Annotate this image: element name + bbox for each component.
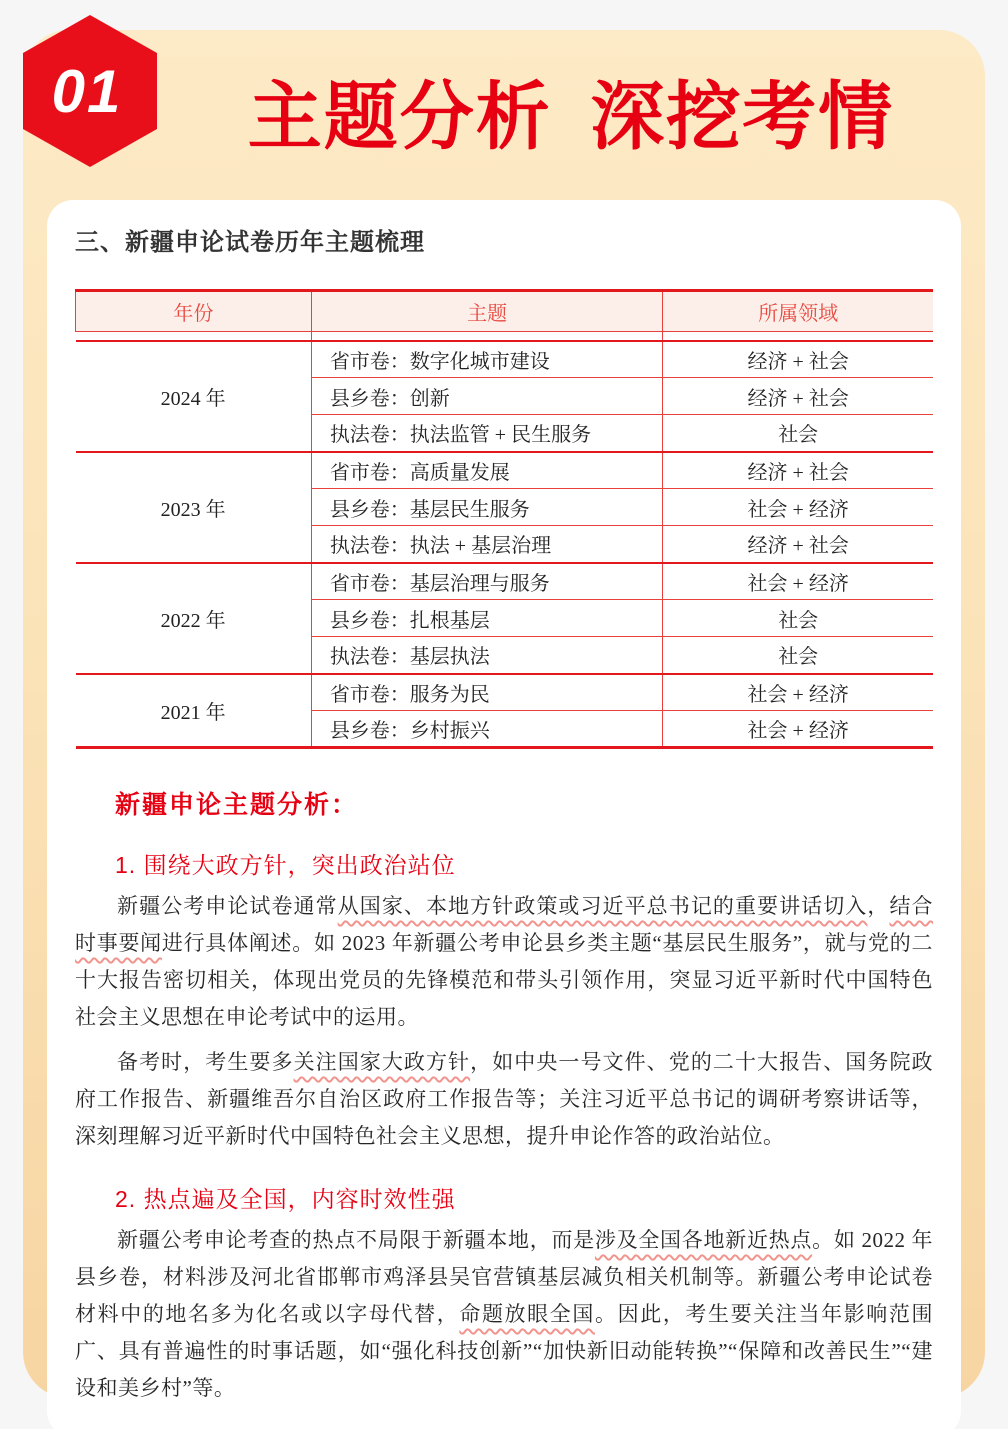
year-cell: 2023 年 [76,452,312,563]
body-paragraph: 新疆公考申论试卷通常从国家、本地方针政策或习近平总书记的重要讲话切入，结合时事要… [75,888,933,1036]
content-card: 三、新疆申论试卷历年主题梳理 年份主题所属领域 2024 年省市卷：数字化城市建… [47,200,961,1429]
content-panel: 01 主题分析 深挖考情 三、新疆申论试卷历年主题梳理 年份主题所属领域 202… [23,30,985,1398]
field-cell: 经济 + 社会 [663,526,933,563]
section-title: 三、新疆申论试卷历年主题梳理 [75,222,933,257]
theme-cell: 执法卷：基层执法 [311,637,663,674]
theme-cell: 执法卷：执法监管 + 民生服务 [311,415,663,452]
table-body: 2024 年省市卷：数字化城市建设经济 + 社会县乡卷：创新经济 + 社会执法卷… [76,332,934,748]
field-cell: 经济 + 社会 [663,341,933,378]
wavy-underlined-text: 涉及全国各地新近热点 [595,1228,812,1252]
wavy-underlined-text: 关注国家大政方针 [294,1050,471,1074]
field-cell: 社会 [663,415,933,452]
gap-cell [663,332,933,341]
point-heading: 2. 热点遍及全国，内容时效性强 [115,1181,933,1214]
gap-cell [311,332,663,341]
table-header-row: 年份主题所属领域 [76,291,934,332]
wavy-underlined-text: 命题放眼全国 [459,1302,595,1326]
theme-cell: 县乡卷：扎根基层 [311,600,663,637]
wavy-underlined-text: 从国家、本地方针政策或习近平总书记的重要讲话切入 [338,894,868,918]
plain-text: ， [867,894,889,918]
analysis-title: 新疆申论主题分析： [115,785,933,821]
table-row: 2022 年省市卷：基层治理与服务社会 + 经济 [76,563,934,600]
column-header: 所属领域 [663,291,933,332]
table-row: 2023 年省市卷：高质量发展经济 + 社会 [76,452,934,489]
plain-text: 新疆公考申论考查的热点不局限于新疆本地，而是 [117,1228,595,1252]
field-cell: 社会 + 经济 [663,489,933,526]
theme-cell: 省市卷：高质量发展 [311,452,663,489]
theme-cell: 县乡卷：创新 [311,378,663,415]
theme-cell: 省市卷：基层治理与服务 [311,563,663,600]
table-head: 年份主题所属领域 [76,291,934,332]
column-header: 主题 [311,291,663,332]
theme-cell: 省市卷：数字化城市建设 [311,341,663,378]
year-cell: 2024 年 [76,341,312,452]
table-row: 2024 年省市卷：数字化城市建设经济 + 社会 [76,341,934,378]
point-heading: 1. 围绕大政方针，突出政治站位 [115,847,933,880]
field-cell: 社会 [663,637,933,674]
table-row: 2021 年省市卷：服务为民社会 + 经济 [76,674,934,711]
page-title: 主题分析 深挖考情 [157,76,985,154]
field-cell: 社会 + 经济 [663,711,933,748]
theme-cell: 县乡卷：乡村振兴 [311,711,663,748]
year-cell: 2021 年 [76,674,312,748]
field-cell: 社会 + 经济 [663,674,933,711]
field-cell: 经济 + 社会 [663,378,933,415]
theme-cell: 省市卷：服务为民 [311,674,663,711]
field-cell: 社会 [663,600,933,637]
plain-text: 备考时，考生要多 [117,1050,294,1074]
plain-text: 新疆公考申论试卷通常 [117,894,338,918]
body-paragraph: 备考时，考生要多关注国家大政方针，如中央一号文件、党的二十大报告、国务院政府工作… [75,1044,933,1155]
theme-cell: 执法卷：执法 + 基层治理 [311,526,663,563]
analysis-points: 1. 围绕大政方针，突出政治站位新疆公考申论试卷通常从国家、本地方针政策或习近平… [75,847,933,1407]
section-number-badge: 01 [23,15,157,167]
themes-table: 年份主题所属领域 2024 年省市卷：数字化城市建设经济 + 社会县乡卷：创新经… [75,289,933,749]
plain-text: 进行具体阐述。如 2023 年新疆公考申论县乡类主题“基层民生服务”，就与党的二… [75,931,933,1029]
section-header: 01 主题分析 深挖考情 [23,30,985,200]
header-gap-row [76,332,934,341]
page: 01 主题分析 深挖考情 三、新疆申论试卷历年主题梳理 年份主题所属领域 202… [0,0,1008,1429]
badge-number: 01 [52,57,129,126]
year-cell: 2022 年 [76,563,312,674]
column-header: 年份 [76,291,312,332]
field-cell: 经济 + 社会 [663,452,933,489]
field-cell: 社会 + 经济 [663,563,933,600]
body-paragraph: 新疆公考申论考查的热点不局限于新疆本地，而是涉及全国各地新近热点。如 2022 … [75,1222,933,1407]
theme-cell: 县乡卷：基层民生服务 [311,489,663,526]
gap-cell [76,332,312,341]
